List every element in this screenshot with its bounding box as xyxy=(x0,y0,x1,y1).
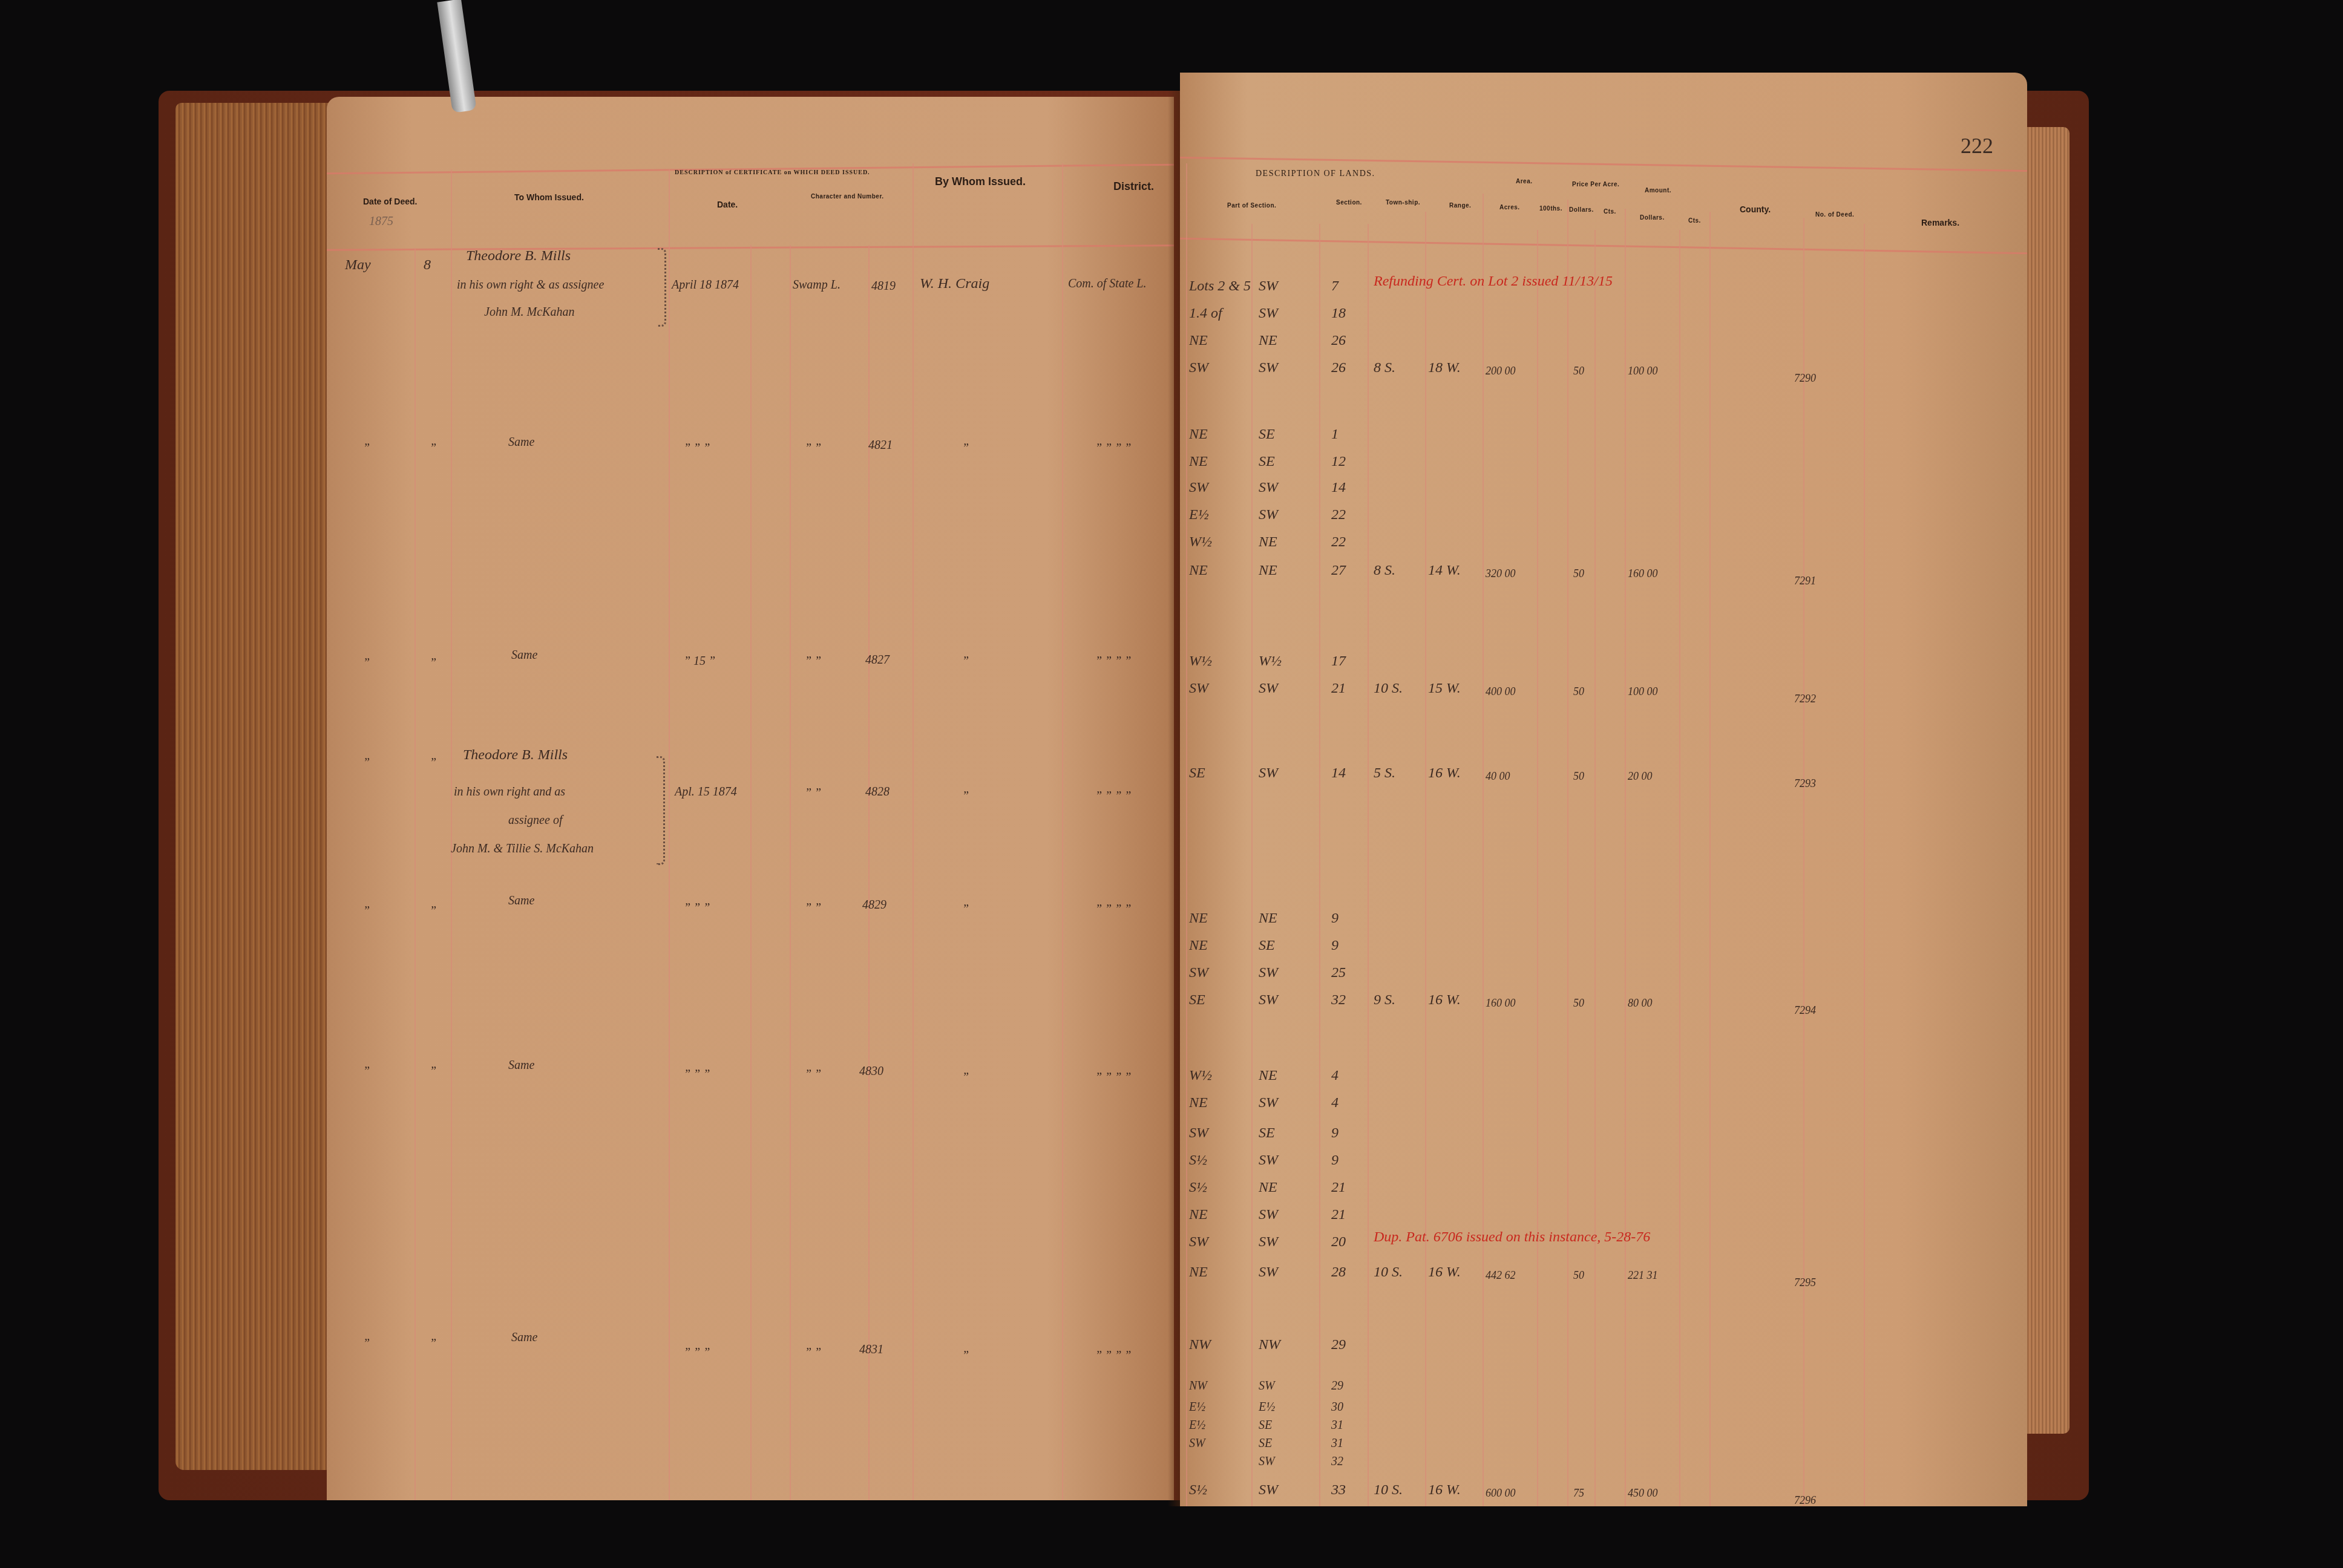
quarter-section: SE xyxy=(1259,454,1275,470)
certificate-date: ” 15 ” xyxy=(684,655,715,668)
certificate-date: April 18 1874 xyxy=(672,278,739,292)
price-per-acre: 50 xyxy=(1573,1269,1584,1282)
section-number: 26 xyxy=(1331,333,1346,349)
grantee-line: Theodore B. Mills xyxy=(463,747,568,763)
entry-day: ” xyxy=(430,756,436,770)
district: ” ” ” ” xyxy=(1095,903,1132,916)
issued-by: ” xyxy=(962,789,969,803)
header-to-whom-issued: To Whom Issued. xyxy=(514,192,584,202)
part-of-section: NE xyxy=(1189,426,1208,443)
quarter-section: NE xyxy=(1259,563,1277,579)
col-rule xyxy=(415,248,416,1500)
quarter-section: E½ xyxy=(1259,1400,1275,1414)
certificate-date: ” ” ” xyxy=(684,1346,710,1360)
acres: 600 00 xyxy=(1486,1487,1516,1500)
quarter-section: SE xyxy=(1259,426,1275,443)
col-rule xyxy=(913,163,914,1500)
quarter-section: SW xyxy=(1259,1095,1278,1111)
header-range: Range. xyxy=(1449,203,1471,209)
certificate-number: 4827 xyxy=(865,653,890,667)
amount: 160 00 xyxy=(1628,567,1658,580)
section-number: 17 xyxy=(1331,653,1346,670)
col-rule xyxy=(1679,230,1680,1506)
range: 18 W. xyxy=(1428,360,1461,376)
district: ” ” ” ” xyxy=(1095,1071,1132,1085)
certificate-number: 4828 xyxy=(865,785,890,799)
certificate-date: ” ” ” xyxy=(684,901,710,915)
section-number: 14 xyxy=(1331,765,1346,782)
quarter-section: SW xyxy=(1259,278,1278,295)
header-bottom-rule xyxy=(1180,238,2027,254)
certificate-character: ” ” xyxy=(805,442,821,456)
part-of-section: NW xyxy=(1189,1379,1207,1393)
header-part-of-section: Part of Section. xyxy=(1227,203,1276,209)
page-number: 222 xyxy=(1961,133,1993,158)
header-district: District. xyxy=(1113,180,1154,193)
part-of-section: S½ xyxy=(1189,1152,1207,1169)
part-of-section: 1.4 of xyxy=(1189,305,1222,322)
year-label: 1875 xyxy=(369,215,393,229)
header-remarks: Remarks. xyxy=(1921,218,1959,227)
section-number: 25 xyxy=(1331,965,1346,981)
township: 5 S. xyxy=(1374,765,1395,782)
quarter-section: SW xyxy=(1259,360,1278,376)
col-rule xyxy=(1319,224,1320,1506)
quarter-section: NE xyxy=(1259,910,1277,927)
section-number: 28 xyxy=(1331,1264,1346,1281)
part-of-section: NE xyxy=(1189,1264,1208,1281)
section-number: 32 xyxy=(1331,992,1346,1008)
range: 14 W. xyxy=(1428,563,1461,579)
quarter-section: SW xyxy=(1259,681,1278,697)
header-dollars: Dollars. xyxy=(1569,207,1594,214)
col-rule xyxy=(750,245,752,1500)
township: 10 S. xyxy=(1374,1482,1403,1498)
certificate-number: 4821 xyxy=(868,439,893,452)
entry-day: ” xyxy=(430,1065,436,1079)
quarter-section: SW xyxy=(1259,1234,1278,1250)
part-of-section: SW xyxy=(1189,1125,1208,1142)
price-per-acre: 50 xyxy=(1573,365,1584,377)
section-number: 29 xyxy=(1331,1337,1346,1353)
township: 10 S. xyxy=(1374,681,1403,697)
section-number: 31 xyxy=(1331,1437,1343,1451)
section-number: 22 xyxy=(1331,507,1346,523)
certificate-character: ” ” xyxy=(805,655,821,668)
acres: 200 00 xyxy=(1486,365,1516,377)
range: 16 W. xyxy=(1428,1482,1461,1498)
entry-month: ” xyxy=(363,756,370,770)
section-number: 9 xyxy=(1331,910,1339,927)
deed-number: 7294 xyxy=(1794,1004,1816,1017)
issued-by: W. H. Craig xyxy=(920,276,989,292)
amount: 100 00 xyxy=(1628,365,1658,377)
col-rule xyxy=(1368,224,1369,1506)
district: ” ” ” ” xyxy=(1095,789,1132,803)
part-of-section: Lots 2 & 5 xyxy=(1189,278,1251,295)
header-character-number: Character and Number. xyxy=(811,194,884,200)
section-number: 22 xyxy=(1331,534,1346,550)
grantee-line: assignee of xyxy=(508,814,562,828)
part-of-section: SW xyxy=(1189,1234,1208,1250)
section-number: 27 xyxy=(1331,563,1346,579)
part-of-section: NE xyxy=(1189,563,1208,579)
header-price-per-acre: Price Per Acre. xyxy=(1572,181,1619,188)
entry-day: ” xyxy=(430,442,436,456)
header-amount-cents: Cts. xyxy=(1688,218,1701,224)
col-rule xyxy=(868,245,870,1500)
col-rule xyxy=(1803,218,1804,1506)
grantee-line: in his own right & as assignee xyxy=(457,278,604,292)
col-rule xyxy=(1251,224,1253,1506)
entry-month: ” xyxy=(363,1065,370,1079)
range: 15 W. xyxy=(1428,681,1461,697)
grantee-line: Same xyxy=(508,894,534,908)
deed-number: 7295 xyxy=(1794,1276,1816,1289)
certificate-number: 4830 xyxy=(859,1065,883,1079)
section-number: 29 xyxy=(1331,1379,1343,1393)
district: Com. of State L. xyxy=(1068,277,1146,291)
part-of-section: W½ xyxy=(1189,653,1212,670)
quarter-section: SW xyxy=(1259,507,1278,523)
township: 9 S. xyxy=(1374,992,1395,1008)
part-of-section: S½ xyxy=(1189,1180,1207,1196)
part-of-section: NE xyxy=(1189,333,1208,349)
section-number: 12 xyxy=(1331,454,1346,470)
township: 8 S. xyxy=(1374,360,1395,376)
amount: 100 00 xyxy=(1628,685,1658,698)
section-number: 14 xyxy=(1331,480,1346,496)
quarter-section: SE xyxy=(1259,1125,1275,1142)
price-per-acre: 50 xyxy=(1573,770,1584,783)
price-per-acre: 50 xyxy=(1573,997,1584,1010)
grantee-line: in his own right and as xyxy=(454,785,565,799)
quarter-section: SW xyxy=(1259,1152,1278,1169)
quarter-section: SW xyxy=(1259,765,1278,782)
header-cents: Cts. xyxy=(1604,209,1616,215)
grantee-line: Same xyxy=(511,1331,537,1345)
acres: 400 00 xyxy=(1486,685,1516,698)
header-date: Date. xyxy=(717,200,738,209)
header-hundredths: 100ths. xyxy=(1539,206,1562,212)
issued-by: ” xyxy=(962,903,969,916)
deed-number: 7296 xyxy=(1794,1494,1816,1506)
part-of-section: SW xyxy=(1189,360,1208,376)
deed-number: 7292 xyxy=(1794,693,1816,705)
section-number: 9 xyxy=(1331,938,1339,954)
section-number: 31 xyxy=(1331,1419,1343,1432)
part-of-section: S½ xyxy=(1189,1482,1207,1498)
part-of-section: SW xyxy=(1189,681,1208,697)
part-of-section: NE xyxy=(1189,938,1208,954)
brace-icon xyxy=(658,248,666,327)
part-of-section: SW xyxy=(1189,480,1208,496)
section-number: 4 xyxy=(1331,1068,1339,1084)
header-area: Area. xyxy=(1516,178,1533,185)
quarter-section: SE xyxy=(1259,1437,1272,1451)
col-rule xyxy=(1709,212,1711,1506)
quarter-section: NE xyxy=(1259,1180,1277,1196)
header-amount-dollars: Dollars. xyxy=(1640,215,1665,221)
grantee-line: Same xyxy=(508,1059,534,1073)
quarter-section: SW xyxy=(1259,965,1278,981)
deed-number: 7293 xyxy=(1794,777,1816,790)
entry-day: 8 xyxy=(424,257,431,273)
district: ” ” ” ” xyxy=(1095,655,1132,668)
page-edges-left xyxy=(175,103,333,1470)
header-certificate-group: DESCRIPTION of CERTIFICATE on WHICH DEED… xyxy=(675,169,870,176)
grantee-line: Same xyxy=(511,648,537,662)
certificate-date: Apl. 15 1874 xyxy=(675,785,737,799)
section-number: 21 xyxy=(1331,681,1346,697)
quarter-section: W½ xyxy=(1259,653,1282,670)
header-county: County. xyxy=(1740,204,1771,214)
quarter-section: SW xyxy=(1259,1455,1275,1469)
certificate-date: ” ” ” xyxy=(684,1068,710,1082)
part-of-section: E½ xyxy=(1189,1400,1205,1414)
col-rule xyxy=(1186,163,1187,1506)
quarter-section: NE xyxy=(1259,1068,1277,1084)
section-number: 21 xyxy=(1331,1207,1346,1223)
certificate-character: ” ” xyxy=(805,1068,821,1082)
district: ” ” ” ” xyxy=(1095,442,1132,456)
quarter-section: SW xyxy=(1259,992,1278,1008)
quarter-section: SW xyxy=(1259,305,1278,322)
part-of-section: NE xyxy=(1189,454,1208,470)
certificate-number: 4819 xyxy=(871,279,896,293)
remark-annotation: Refunding Cert. on Lot 2 issued 11/13/15 xyxy=(1374,273,1613,290)
quarter-section: SW xyxy=(1259,1379,1275,1393)
header-description-of-lands: DESCRIPTION OF LANDS. xyxy=(1256,169,1375,179)
col-rule xyxy=(790,245,791,1500)
issued-by: ” xyxy=(962,1071,969,1085)
part-of-section: E½ xyxy=(1189,507,1209,523)
section-number: 4 xyxy=(1331,1095,1339,1111)
entry-month: ” xyxy=(363,656,370,670)
entry-day: ” xyxy=(430,656,436,670)
left-page: Date of Deed. 1875 To Whom Issued. DESCR… xyxy=(327,97,1174,1500)
section-number: 7 xyxy=(1331,278,1339,295)
col-rule xyxy=(1594,230,1596,1506)
header-section: Section. xyxy=(1336,200,1362,206)
header-by-whom-issued: By Whom Issued. xyxy=(935,175,1026,188)
acres: 442 62 xyxy=(1486,1269,1516,1282)
section-number: 30 xyxy=(1331,1400,1343,1414)
col-rule xyxy=(1537,230,1538,1506)
certificate-character: ” ” xyxy=(805,1346,821,1360)
amount: 80 00 xyxy=(1628,997,1653,1010)
entry-month: ” xyxy=(363,1337,370,1351)
col-rule xyxy=(451,169,452,1500)
township: 10 S. xyxy=(1374,1264,1403,1281)
quarter-section: SW xyxy=(1259,1207,1278,1223)
acres: 40 00 xyxy=(1486,770,1510,783)
price-per-acre: 50 xyxy=(1573,567,1584,580)
certificate-character: ” ” xyxy=(805,786,821,800)
range: 16 W. xyxy=(1428,765,1461,782)
part-of-section: E½ xyxy=(1189,1419,1205,1432)
deed-number: 7291 xyxy=(1794,575,1816,587)
section-number: 1 xyxy=(1331,426,1339,443)
quarter-section: SW xyxy=(1259,480,1278,496)
amount: 450 00 xyxy=(1628,1487,1658,1500)
entry-day: ” xyxy=(430,904,436,918)
right-page: 222 DESCRIPTION OF LANDS. Part of Sectio… xyxy=(1180,73,2027,1506)
section-number: 33 xyxy=(1331,1482,1346,1498)
section-number: 21 xyxy=(1331,1180,1346,1196)
township: 8 S. xyxy=(1374,563,1395,579)
remark-annotation: Dup. Pat. 6706 issued on this instance, … xyxy=(1374,1229,1650,1246)
section-number: 18 xyxy=(1331,305,1346,322)
amount: 20 00 xyxy=(1628,770,1653,783)
entry-month: May xyxy=(345,257,371,273)
amount: 221 31 xyxy=(1628,1269,1658,1282)
part-of-section: NE xyxy=(1189,1095,1208,1111)
col-rule xyxy=(1864,224,1865,1506)
section-number: 20 xyxy=(1331,1234,1346,1250)
part-of-section: NW xyxy=(1189,1337,1211,1353)
col-rule xyxy=(1567,200,1568,1506)
header-township: Town-ship. xyxy=(1386,200,1420,206)
price-per-acre: 50 xyxy=(1573,685,1584,698)
certificate-number: 4829 xyxy=(862,898,886,912)
quarter-section: SW xyxy=(1259,1264,1278,1281)
col-rule xyxy=(1483,194,1484,1506)
quarter-section: NW xyxy=(1259,1337,1280,1353)
acres: 160 00 xyxy=(1486,997,1516,1010)
issued-by: ” xyxy=(962,655,969,668)
brace-icon xyxy=(657,756,665,865)
quarter-section: SW xyxy=(1259,1482,1278,1498)
part-of-section: NE xyxy=(1189,1207,1208,1223)
part-of-section: SW xyxy=(1189,965,1208,981)
col-rule xyxy=(1425,212,1426,1506)
header-date-of-deed: Date of Deed. xyxy=(363,197,417,206)
acres: 320 00 xyxy=(1486,567,1516,580)
deed-number: 7290 xyxy=(1794,372,1816,385)
part-of-section: NE xyxy=(1189,910,1208,927)
part-of-section: SW xyxy=(1189,1437,1205,1451)
entry-day: ” xyxy=(430,1337,436,1351)
grantee-line: John M. & Tillie S. McKahan xyxy=(451,842,594,856)
page-edges-right xyxy=(2021,127,2069,1434)
header-acres: Acres. xyxy=(1499,204,1520,211)
grantee-line: John M. McKahan xyxy=(484,305,574,319)
range: 16 W. xyxy=(1428,1264,1461,1281)
certificate-number: 4831 xyxy=(859,1343,883,1357)
col-rule xyxy=(1625,209,1626,1506)
certificate-character: ” ” xyxy=(805,901,821,915)
header-amount: Amount. xyxy=(1645,188,1671,194)
entry-month: ” xyxy=(363,442,370,456)
certificate-date: ” ” ” xyxy=(684,442,710,456)
section-number: 32 xyxy=(1331,1455,1343,1469)
quarter-section: NE xyxy=(1259,333,1277,349)
quarter-section: SE xyxy=(1259,938,1275,954)
section-number: 26 xyxy=(1331,360,1346,376)
range: 16 W. xyxy=(1428,992,1461,1008)
issued-by: ” xyxy=(962,1349,969,1363)
section-number: 9 xyxy=(1331,1152,1339,1169)
part-of-section: SE xyxy=(1189,765,1205,782)
entry-month: ” xyxy=(363,904,370,918)
col-rule xyxy=(1062,163,1063,1500)
part-of-section: W½ xyxy=(1189,534,1212,550)
price-per-acre: 75 xyxy=(1573,1487,1584,1500)
part-of-section: W½ xyxy=(1189,1068,1212,1084)
header-no-of-deed: No. of Deed. xyxy=(1815,212,1854,218)
grantee-line: Same xyxy=(508,436,534,449)
quarter-section: SE xyxy=(1259,1419,1272,1432)
certificate-character: Swamp L. xyxy=(793,278,841,292)
col-rule xyxy=(669,169,670,1500)
district: ” ” ” ” xyxy=(1095,1349,1132,1363)
part-of-section: SE xyxy=(1189,992,1205,1008)
grantee-line: Theodore B. Mills xyxy=(466,248,571,264)
issued-by: ” xyxy=(962,442,969,456)
quarter-section: NE xyxy=(1259,534,1277,550)
section-number: 9 xyxy=(1331,1125,1339,1142)
